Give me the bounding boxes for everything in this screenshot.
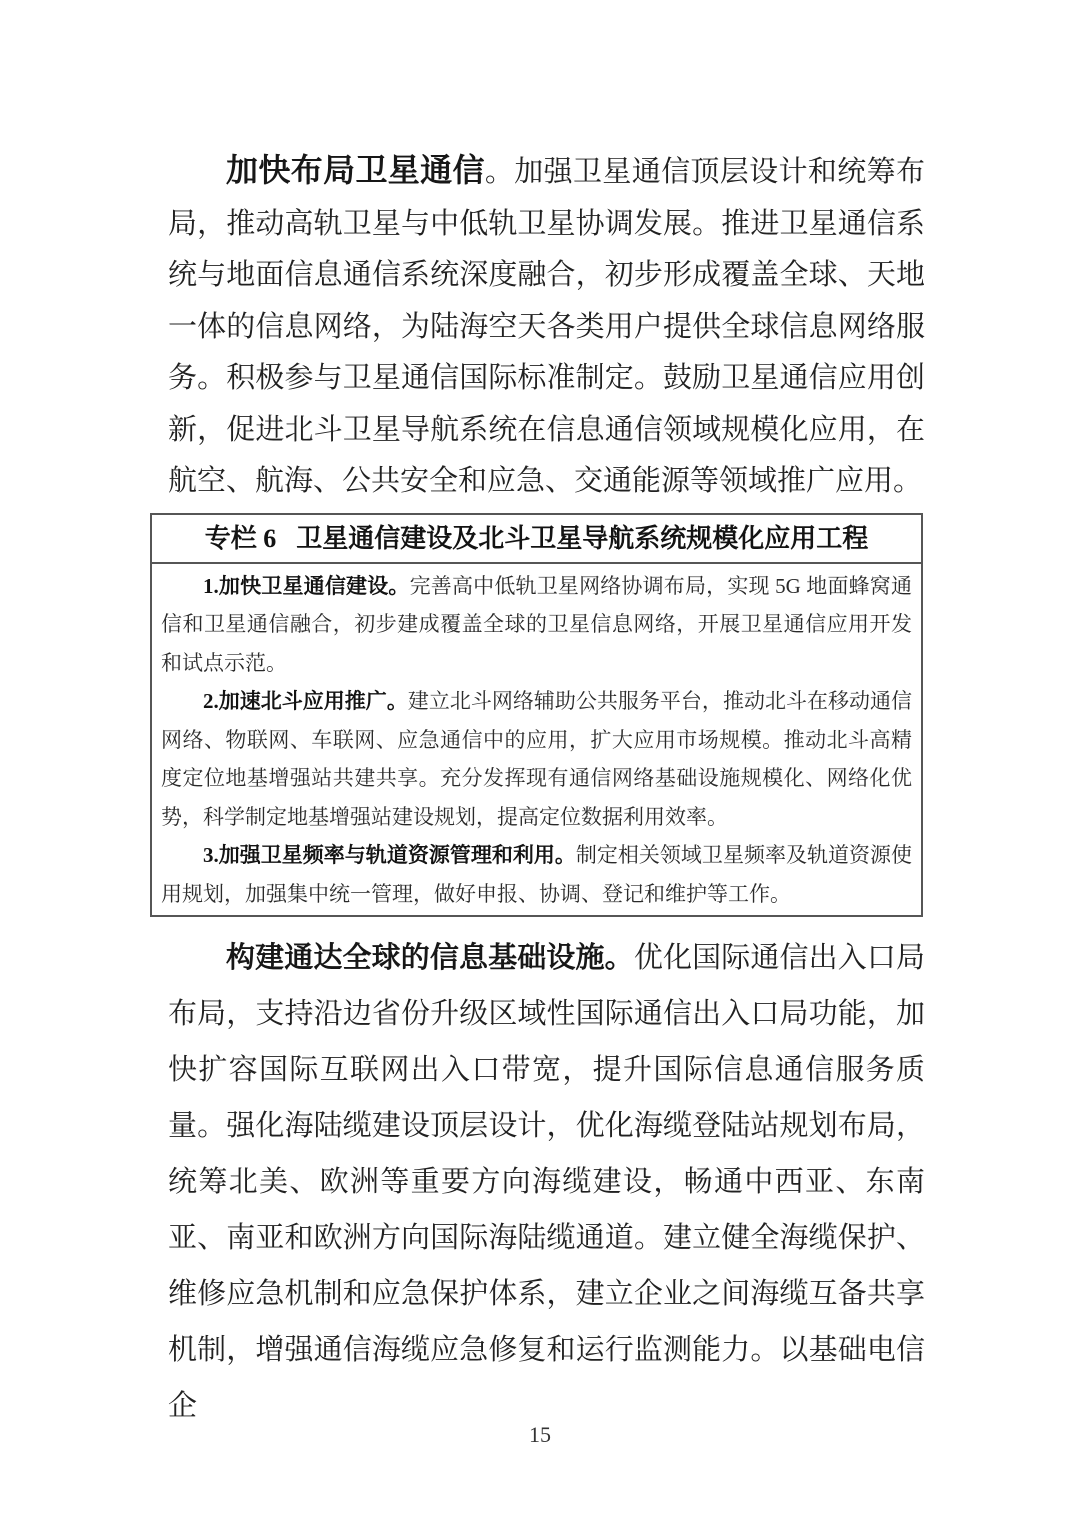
paragraph-global-infrastructure: 构建通达全球的信息基础设施。优化国际通信出入口局布局，支持沿边省份升级区域性国际…: [168, 930, 925, 1434]
callout-box-title: 卫星通信建设及北斗卫星导航系统规模化应用工程: [296, 524, 868, 553]
callout-item-satellite-construction: 1.加快卫星通信建设。完善高中低轨卫星网络协调布局，实现 5G 地面蜂窝通信和卫…: [161, 567, 912, 683]
callout-box-label: 专栏 6: [205, 524, 277, 553]
page-content: 加快布局卫星通信。加强卫星通信顶层设计和统筹布局，推动高轨卫星与中低轨卫星协调发…: [168, 0, 925, 1434]
callout-item2-lead: 2.加速北斗应用推广。: [203, 689, 408, 713]
callout-item1-lead: 1.加快卫星通信建设。: [203, 574, 410, 598]
callout-item-frequency-orbit-management: 3.加强卫星频率与轨道资源管理和利用。制定相关领域卫星频率及轨道资源使用规划，加…: [161, 836, 912, 913]
callout-box-header: 专栏 6卫星通信建设及北斗卫星导航系统规模化应用工程: [152, 515, 921, 564]
callout-box-body: 1.加快卫星通信建设。完善高中低轨卫星网络协调布局，实现 5G 地面蜂窝通信和卫…: [152, 564, 921, 916]
page-number: 15: [0, 1422, 1080, 1448]
callout-box-column6: 专栏 6卫星通信建设及北斗卫星导航系统规模化应用工程 1.加快卫星通信建设。完善…: [150, 513, 923, 918]
document-page: 加快布局卫星通信。加强卫星通信顶层设计和统筹布局，推动高轨卫星与中低轨卫星协调发…: [0, 0, 1080, 1527]
paragraph2-body-text: 优化国际通信出入口局布局，支持沿边省份升级区域性国际通信出入口局功能，加快扩容国…: [168, 942, 925, 1422]
paragraph1-bold-lead: 加快布局卫星通信: [226, 152, 485, 188]
paragraph-satellite-communications: 加快布局卫星通信。加强卫星通信顶层设计和统筹布局，推动高轨卫星与中低轨卫星协调发…: [168, 0, 925, 508]
callout-item-beidou-promotion: 2.加速北斗应用推广。建立北斗网络辅助公共服务平台，推动北斗在移动通信网络、物联…: [161, 682, 912, 836]
paragraph2-bold-lead: 构建通达全球的信息基础设施。: [226, 942, 634, 974]
callout-item3-lead: 3.加强卫星频率与轨道资源管理和利用。: [203, 843, 576, 867]
paragraph1-body-text: 。加强卫星通信顶层设计和统筹布局，推动高轨卫星与中低轨卫星协调发展。推进卫星通信…: [168, 156, 925, 497]
